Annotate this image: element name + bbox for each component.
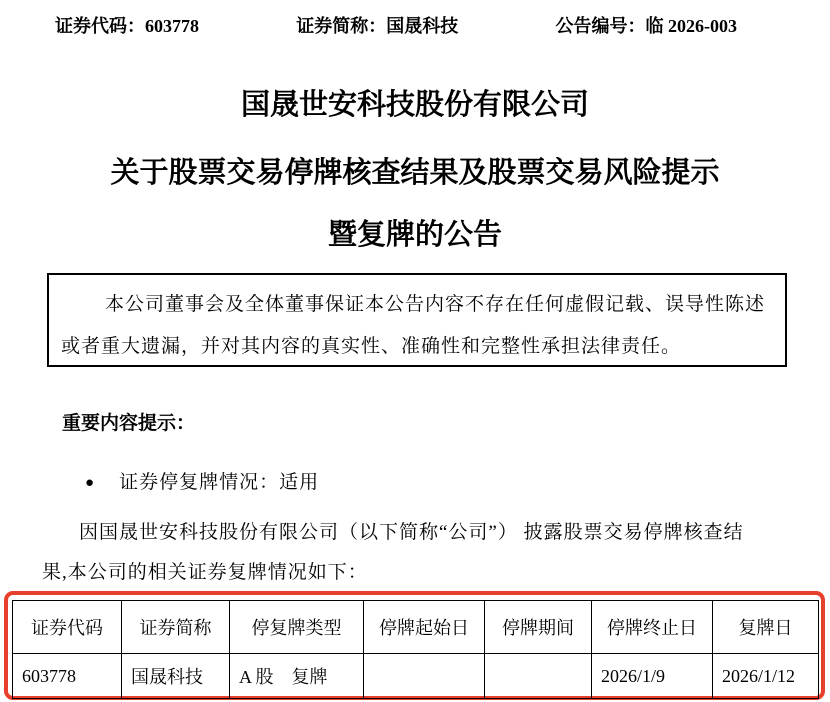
cell-suspension-period	[485, 654, 592, 699]
doc-header: 证券代码：603778 证券简称：国晟科技 公告编号：临 2026-003	[55, 12, 737, 38]
announcement-number: 公告编号：临 2026-003	[556, 12, 738, 38]
cell-resumption-date: 2026/1/12	[713, 654, 819, 699]
cell-stock-name: 国晟科技	[122, 654, 230, 699]
header-cell-stock-name: 证券简称	[122, 601, 230, 654]
header-cell-suspension-start: 停牌起始日	[364, 601, 485, 654]
bullet-text: 证券停复牌情况：适用	[119, 472, 319, 493]
announcement-title-line1: 关于股票交易停牌核查结果及股票交易风险提示	[0, 150, 830, 191]
company-name-title: 国晟世安科技股份有限公司	[0, 82, 830, 123]
suspension-status-bullet: ●证券停复牌情况：适用	[85, 467, 319, 494]
paragraph-line-2: 果,本公司的相关证券复牌情况如下：	[42, 553, 802, 593]
table-data-row: 603778 国晟科技 A 股 复牌 2026/1/9 2026/1/12	[13, 654, 819, 699]
body-paragraph: 因国晟世安科技股份有限公司（以下简称“公司”） 披露股票交易停牌核查结 果,本公…	[42, 513, 802, 593]
cell-stock-code: 603778	[13, 654, 122, 699]
paragraph-line-1: 因国晟世安科技股份有限公司（以下简称“公司”） 披露股票交易停牌核查结	[42, 513, 802, 553]
disclaimer-box: 本公司董事会及全体董事保证本公告内容不存在任何虚假记载、误导性陈述 或者重大遗漏…	[47, 273, 787, 367]
header-cell-resumption-date: 复牌日	[713, 601, 819, 654]
header-cell-stock-code: 证券代码	[13, 601, 122, 654]
table-header-row: 证券代码 证券简称 停复牌类型 停牌起始日 停牌期间 停牌终止日 复牌日	[13, 601, 819, 654]
suspension-resumption-table: 证券代码 证券简称 停复牌类型 停牌起始日 停牌期间 停牌终止日 复牌日 603…	[12, 600, 819, 699]
announcement-document: 证券代码：603778 证券简称：国晟科技 公告编号：临 2026-003 国晟…	[0, 0, 830, 702]
disclaimer-line-2: 或者重大遗漏，并对其内容的真实性、准确性和完整性承担法律责任。	[61, 326, 773, 368]
stock-short-name: 证券简称：国晟科技	[296, 12, 458, 38]
stock-code: 证券代码：603778	[55, 12, 199, 38]
cell-suspension-end: 2026/1/9	[592, 654, 713, 699]
bullet-icon: ●	[85, 475, 95, 492]
header-cell-suspension-period: 停牌期间	[485, 601, 592, 654]
cell-suspension-start	[364, 654, 485, 699]
important-notice-heading: 重要内容提示：	[62, 408, 195, 435]
disclaimer-line-1: 本公司董事会及全体董事保证本公告内容不存在任何虚假记载、误导性陈述	[61, 284, 773, 326]
header-cell-suspension-type: 停复牌类型	[230, 601, 364, 654]
cell-suspension-type: A 股 复牌	[230, 654, 364, 699]
announcement-title-line2: 暨复牌的公告	[0, 212, 830, 253]
header-cell-suspension-end: 停牌终止日	[592, 601, 713, 654]
